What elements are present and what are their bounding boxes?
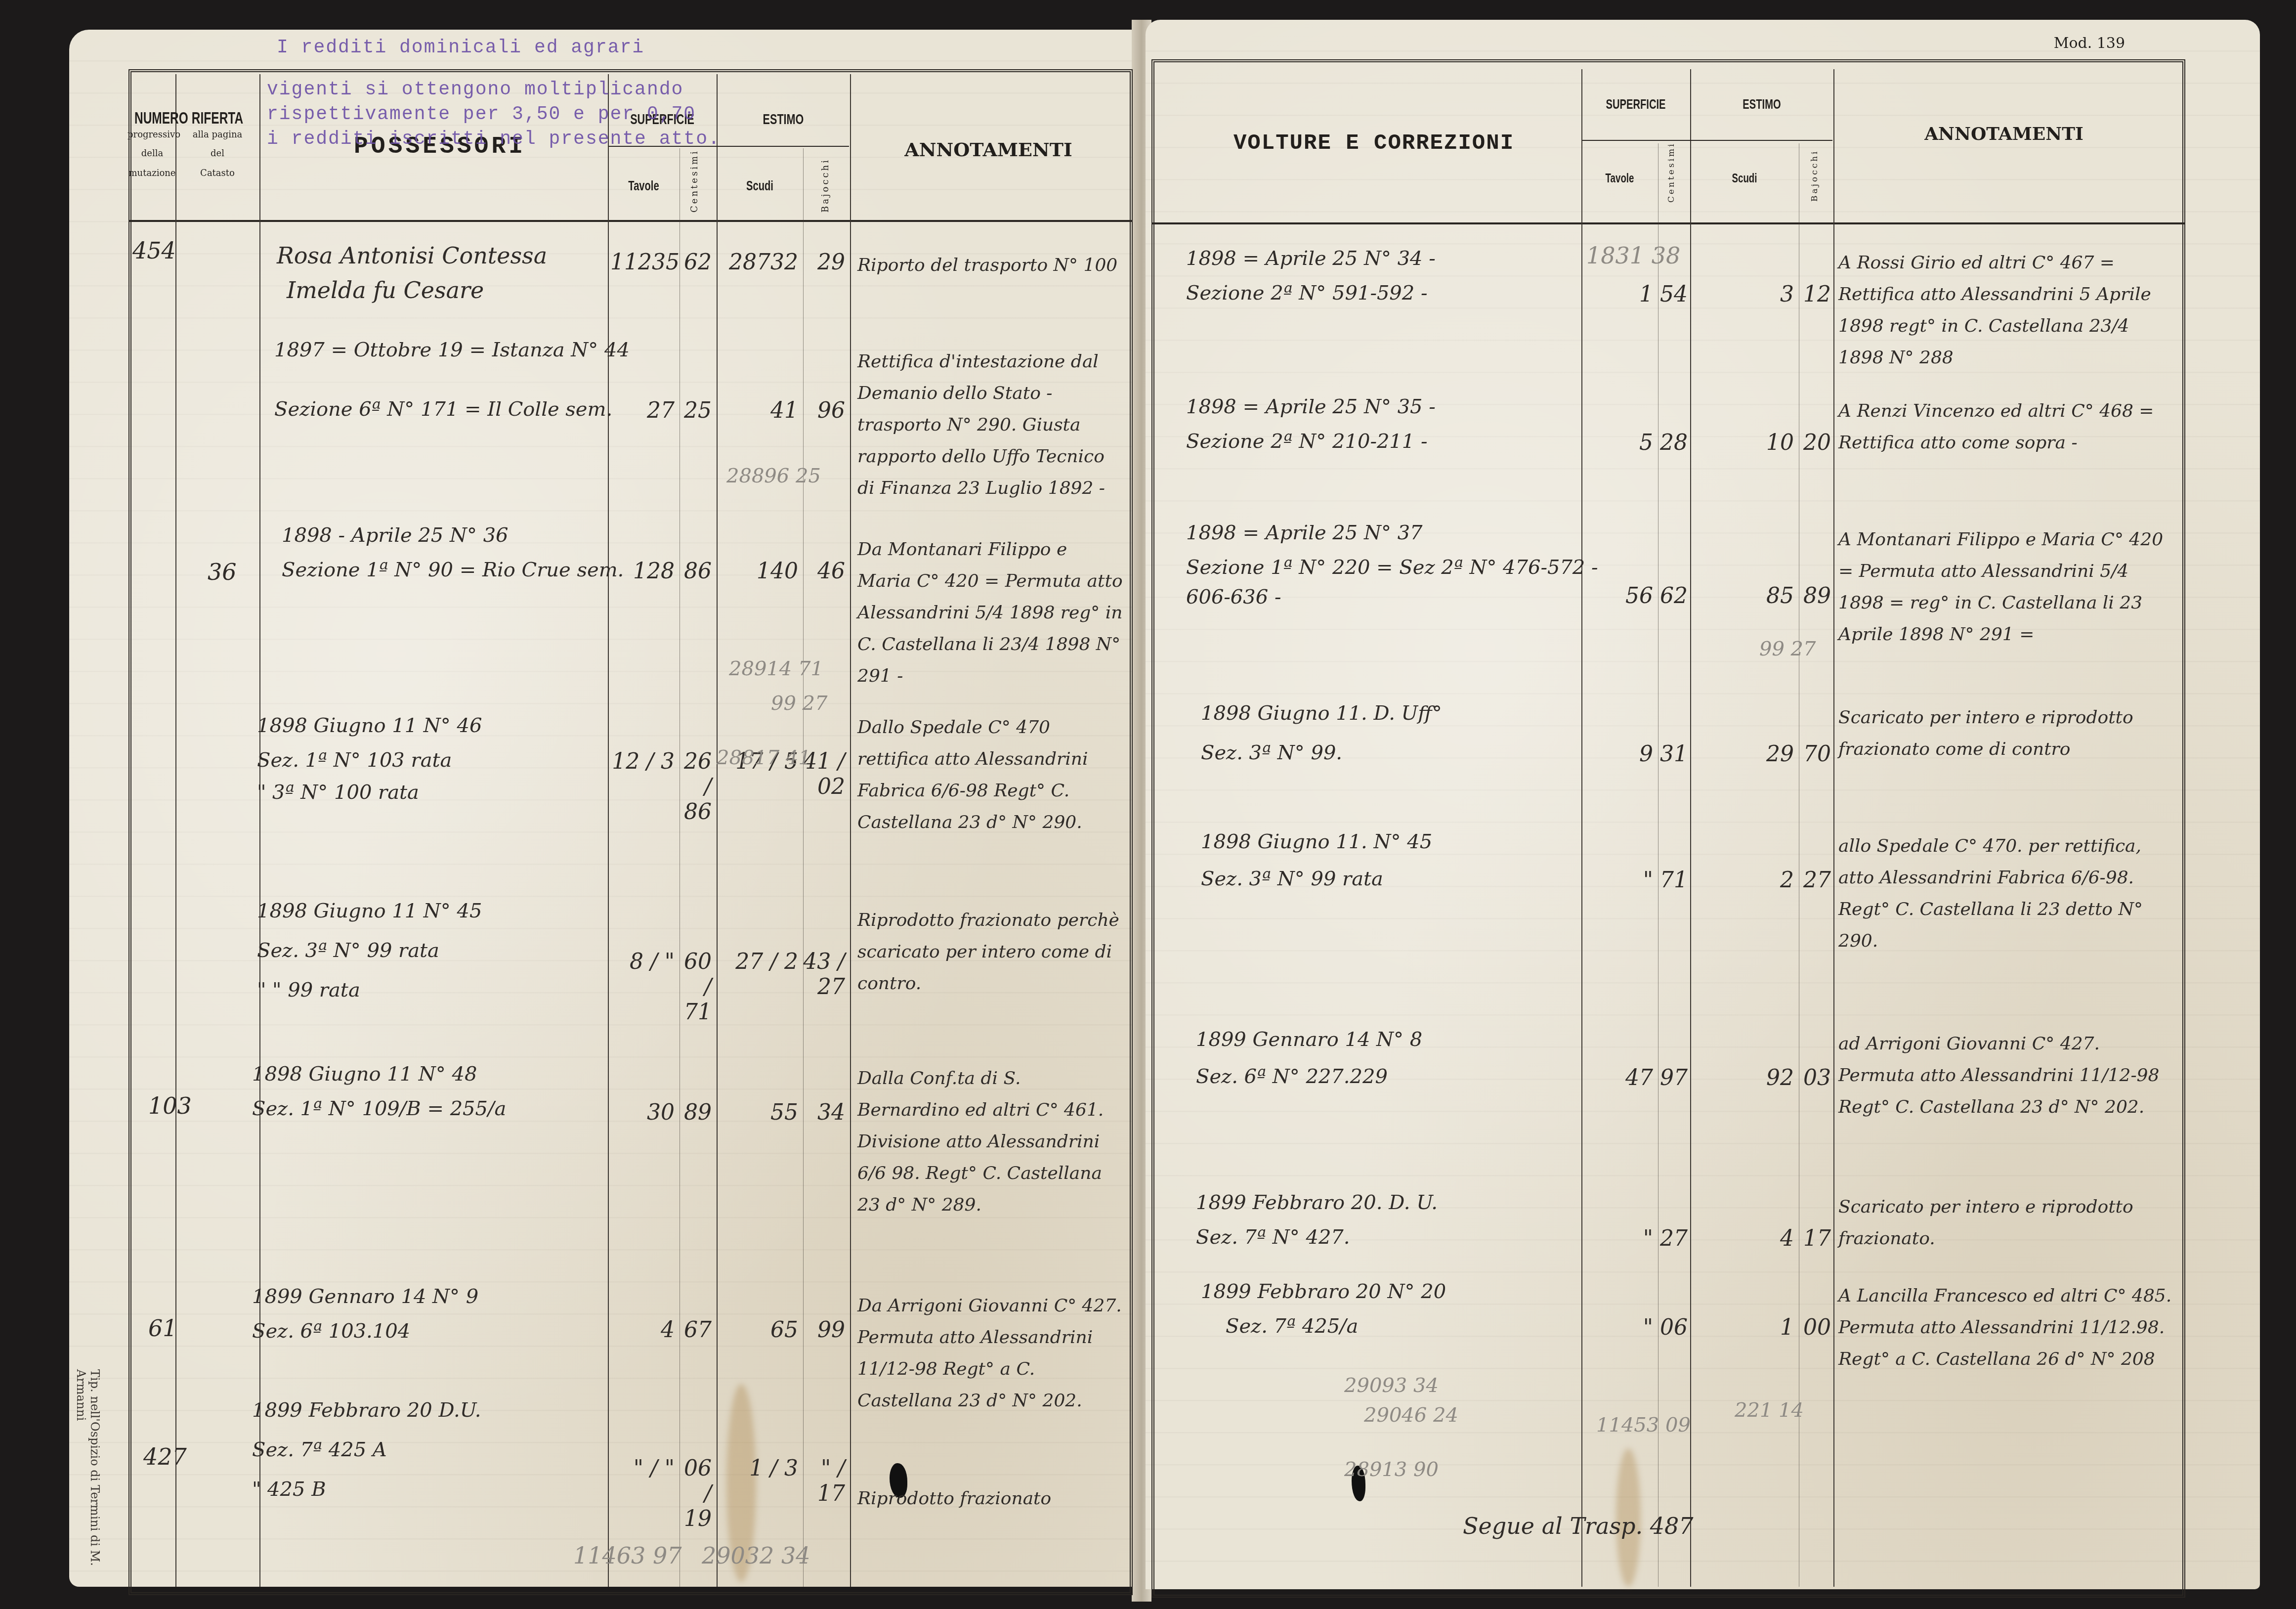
entry-scudi: 41 <box>719 398 798 423</box>
entry-possessore: 1897 = Ottobre 19 = Istanza N° 44 <box>274 339 630 361</box>
entry-centesimi: 26 / 86 <box>680 749 712 825</box>
entry-annotamento: Rettifica d'intestazione dal Demanio del… <box>857 346 1124 504</box>
entry-scudi: 2 <box>1693 868 1794 893</box>
header-riferta-sub: alla pagina <box>175 130 259 140</box>
entry-possessore: 1899 Gennaro 14 N° 9 <box>252 1285 478 1308</box>
stamp-line: I redditi dominicali ed agrari <box>277 37 644 58</box>
entry-scudi: 4 <box>1693 1226 1794 1251</box>
entry-tavole: " / " <box>610 1456 675 1481</box>
entry-tavole: 47 <box>1584 1065 1653 1090</box>
pencil-total: 221 14 <box>1735 1399 1804 1422</box>
entry-bajocchi: 34 <box>803 1100 845 1125</box>
entry-voltura: Sez. 7ª 425/a <box>1226 1315 1358 1338</box>
entry-bajocchi: " / 17 <box>803 1456 845 1506</box>
stamp-line: i redditi iscritti nel presente atto. <box>267 129 721 150</box>
header-bajocchi: Bajocchi <box>820 158 831 213</box>
entry-annotamento: Dalla Conf.ta di S. Bernardino ed altri … <box>857 1063 1124 1221</box>
entry-tavole: 30 <box>610 1100 675 1125</box>
header-numero: NUMERO <box>134 109 170 128</box>
entry-scudi: 3 <box>1693 282 1794 307</box>
entry-annotamento: Scaricato per intero e riprodotto frazio… <box>1838 702 2174 765</box>
entry-scudi: 85 <box>1693 583 1794 609</box>
entry-scudi: 55 <box>719 1100 798 1125</box>
entry-tavole: 8 / " <box>610 949 675 974</box>
pencil-note: 99 27 <box>771 692 828 715</box>
entry-scudi: 27 / 2 <box>719 949 798 974</box>
entry-voltura: 1898 = Aprile 25 N° 37 <box>1186 522 1423 544</box>
entry-annotamento: Riprodotto frazionato perchè scaricato p… <box>857 905 1124 1000</box>
entry-voltura: Sez. 3ª N° 99 rata <box>1201 868 1383 890</box>
col-line <box>175 74 176 1587</box>
left-header-divider <box>128 220 1132 222</box>
pencil-note: 28914 71 <box>729 657 823 680</box>
entry-annotamento: A Rossi Girio ed altri C° 467 = Rettific… <box>1838 247 2174 374</box>
header-estimo: ESTIMO <box>735 111 831 128</box>
col-line <box>850 74 851 1587</box>
entry-scudi: 1 / 3 <box>719 1456 798 1481</box>
entry-scudi: 10 <box>1693 430 1794 455</box>
entry-annotamento: A Montanari Filippo e Maria C° 420 = Per… <box>1838 524 2174 651</box>
entry-tavole: 11235 <box>610 250 675 275</box>
entry-riferta: 36 <box>208 559 237 585</box>
header-bajocchi: Bajocchi <box>1810 148 1820 203</box>
entry-centesimi: 67 <box>680 1317 712 1343</box>
entry-annotamento: Scaricato per intero e riprodotto frazio… <box>1838 1191 2174 1255</box>
entry-possessore: Imelda fu Cesare <box>287 277 484 304</box>
entry-scudi: 65 <box>719 1317 798 1343</box>
col-line <box>803 148 804 1587</box>
header-numero-sub: mutazione <box>128 168 177 178</box>
col-line <box>680 148 680 1587</box>
header-numero-sub: progressivo <box>128 130 177 140</box>
entry-voltura: Sez. 7ª N° 427. <box>1196 1226 1350 1249</box>
entry-possessore: 1899 Febbraro 20 D.U. <box>252 1399 481 1422</box>
entry-possessore: " 425 B <box>252 1478 326 1501</box>
entry-centesimi: 27 <box>1658 1226 1688 1251</box>
entry-bajocchi: 96 <box>803 398 845 423</box>
entry-numero: 454 <box>132 237 176 264</box>
pencil-total: 11453 09 <box>1596 1414 1691 1436</box>
entry-possessore: Rosa Antonisi Contessa <box>277 242 547 269</box>
pencil-total: 29093 34 <box>1344 1374 1439 1397</box>
entry-annotamento: Riprodotto frazionato <box>857 1483 1124 1515</box>
entry-centesimi: 71 <box>1658 868 1688 893</box>
entry-riferta: 427 <box>143 1443 187 1470</box>
header-annotamenti: ANNOTAMENTI <box>850 138 1127 161</box>
entry-tavole: " <box>1584 1226 1653 1251</box>
entry-tavole: 27 <box>610 398 675 423</box>
printer-imprint: Tip. nell'Ospizio di Termini di M. Arman… <box>74 1369 102 1609</box>
header-riferta-sub: Catasto <box>175 168 259 178</box>
entry-tavole: 1 <box>1584 282 1653 307</box>
right-header-divider <box>1151 222 2184 224</box>
header-centesimi: Centesimi <box>689 158 700 213</box>
footer-note: Segue al Trasp. 487 <box>1463 1513 1694 1539</box>
entry-tavole: 56 <box>1584 583 1653 609</box>
entry-possessore: " " 99 rata <box>257 979 360 1001</box>
entry-tavole: " <box>1584 1315 1653 1340</box>
entry-bajocchi: 12 <box>1799 282 1831 307</box>
entry-possessore: Sezione 6ª N° 171 = Il Colle sem. <box>274 398 612 421</box>
entry-voltura: 1899 Gennaro 14 N° 8 <box>1196 1028 1422 1051</box>
form-code: Mod. 139 <box>2001 35 2125 52</box>
entry-centesimi: 28 <box>1658 430 1688 455</box>
entry-tavole: 9 <box>1584 741 1653 767</box>
stamp-line: rispettivamente per 3,50 e per 0,70 <box>267 104 696 125</box>
entry-possessore: 1898 Giugno 11 N° 45 <box>257 900 482 922</box>
entry-riferta: 103 <box>148 1092 192 1119</box>
entry-annotamento: A Renzi Vincenzo ed altri C° 468 = Retti… <box>1838 395 2174 459</box>
entry-voltura: Sezione 2ª N° 591-592 - <box>1186 282 1428 304</box>
entry-voltura: 1899 Febbraro 20 N° 20 <box>1201 1280 1446 1303</box>
header-estimo: ESTIMO <box>1710 96 1814 112</box>
entry-bajocchi: 70 <box>1799 741 1831 767</box>
entry-bajocchi: 17 <box>1799 1226 1831 1251</box>
entry-voltura: 606-636 - <box>1186 586 1281 609</box>
entry-voltura: Sez. 3ª N° 99. <box>1201 741 1342 764</box>
entry-centesimi: 62 <box>1658 583 1688 609</box>
entry-centesimi: 60 / 71 <box>680 949 712 1025</box>
entry-tavole: " <box>1584 868 1653 893</box>
header-riferta-sub: del <box>175 148 259 159</box>
entry-possessore: 1898 - Aprile 25 N° 36 <box>282 524 509 547</box>
col-line <box>1658 143 1658 1587</box>
entry-voltura: 1898 = Aprile 25 N° 34 - <box>1186 247 1436 270</box>
entry-riferta: 61 <box>148 1315 177 1342</box>
entry-bajocchi: 43 / 27 <box>803 949 845 1000</box>
entry-annotamento: ad Arrigoni Giovanni C° 427. Permuta att… <box>1838 1028 2174 1123</box>
entry-possessore: Sez. 1ª N° 103 rata <box>257 749 452 772</box>
entry-possessore: Sezione 1ª N° 90 = Rio Crue sem. <box>282 559 624 581</box>
col-line <box>259 74 260 1587</box>
entry-scudi: 140 <box>719 559 798 584</box>
entry-tavole: 4 <box>610 1317 675 1343</box>
pencil-note: 99 27 <box>1759 638 1816 660</box>
header-tavole: Tavole <box>1592 171 1648 186</box>
entry-voltura: 1898 Giugno 11. D. Uff° <box>1201 702 1442 725</box>
header-annotamenti: ANNOTAMENTI <box>1833 124 2174 144</box>
entry-annotamento: A Lancilla Francesco ed altri C° 485. Pe… <box>1838 1280 2174 1375</box>
entry-centesimi: 62 <box>680 250 712 275</box>
entry-bajocchi: 99 <box>803 1317 845 1343</box>
entry-possessore: " 3ª N° 100 rata <box>257 781 419 804</box>
entry-bajocchi: 89 <box>1799 583 1831 609</box>
entry-scudi: 29 <box>1693 741 1794 767</box>
entry-tavole: 5 <box>1584 430 1653 455</box>
entry-centesimi: 25 <box>680 398 712 423</box>
entry-bajocchi: 20 <box>1799 430 1831 455</box>
entry-voltura: 1898 = Aprile 25 N° 35 - <box>1186 395 1436 418</box>
entry-scudi: 1 <box>1693 1315 1794 1340</box>
entry-bajocchi: 29 <box>803 250 845 275</box>
entry-bajocchi: 27 <box>1799 868 1831 893</box>
pencil-note: 28817 41 <box>717 746 811 769</box>
entry-centesimi: 97 <box>1658 1065 1688 1090</box>
entry-possessore: Sez. 6ª 103.104 <box>252 1320 410 1343</box>
header-scudi: Scudi <box>729 178 791 194</box>
header-scudi: Scudi <box>1705 171 1784 186</box>
entry-centesimi: 06 <box>1658 1315 1688 1340</box>
col-line <box>1581 69 1582 1587</box>
entry-possessore: Sez. 7ª 425 A <box>252 1438 387 1461</box>
entry-centesimi: 54 <box>1658 282 1688 307</box>
entry-voltura: 1899 Febbraro 20. D. U. <box>1196 1191 1438 1214</box>
entry-scudi: 92 <box>1693 1065 1794 1090</box>
entry-possessore: 1898 Giugno 11 N° 46 <box>257 714 482 737</box>
subheader-line <box>1582 140 1832 141</box>
header-numero-sub: della <box>128 148 177 159</box>
pencil-total: 29032 34 <box>702 1542 810 1569</box>
entry-bajocchi: 03 <box>1799 1065 1831 1090</box>
entry-scudi: 28732 <box>719 250 798 275</box>
entry-tavole: 128 <box>610 559 675 584</box>
pencil-note: 1831 38 <box>1586 242 1680 269</box>
header-superficie: SUPERFICIE <box>1597 96 1675 112</box>
entry-bajocchi: 46 <box>803 559 845 584</box>
pencil-total: 29046 24 <box>1364 1404 1458 1427</box>
entry-voltura: Sezione 1ª N° 220 = Sez 2ª N° 476-572 - <box>1186 556 1598 579</box>
col-line <box>608 74 609 1587</box>
col-line <box>1799 143 1799 1587</box>
header-tavole: Tavole <box>618 178 669 194</box>
entry-voltura: 1898 Giugno 11. N° 45 <box>1201 830 1432 853</box>
header-volture: VOLTURE E CORREZIONI <box>1181 131 1567 156</box>
pencil-total: 28913 90 <box>1344 1458 1439 1481</box>
entry-tavole: 12 / 3 <box>610 749 675 774</box>
entry-voltura: Sez. 6ª N° 227.229 <box>1196 1065 1388 1088</box>
entry-centesimi: 89 <box>680 1100 712 1125</box>
entry-possessore: 1898 Giugno 11 N° 48 <box>252 1063 477 1086</box>
entry-annotamento: Dallo Spedale C° 470 rettifica atto Ales… <box>857 712 1124 838</box>
header-centesimi: Centesimi <box>1666 148 1676 203</box>
entry-annotamento: allo Spedale C° 470. per rettifica, atto… <box>1838 830 2174 957</box>
entry-bajocchi: 00 <box>1799 1315 1831 1340</box>
entry-possessore: Sez. 1ª N° 109/B = 255/a <box>252 1097 506 1120</box>
entry-annotamento: Riporto del trasporto N° 100 <box>857 250 1124 281</box>
stamp-line: vigenti si ottengono moltiplicando <box>267 79 683 100</box>
entry-annotamento: Da Arrigoni Giovanni C° 427. Permuta att… <box>857 1290 1124 1417</box>
entry-possessore: Sez. 3ª N° 99 rata <box>257 939 439 962</box>
entry-centesimi: 31 <box>1658 741 1688 767</box>
col-line <box>1833 69 1834 1587</box>
pencil-note: 28896 25 <box>726 465 821 487</box>
entry-centesimi: 06 / 19 <box>680 1456 712 1531</box>
header-riferta: RIFERTA <box>187 109 248 128</box>
col-line <box>1690 69 1691 1587</box>
pencil-total: 11463 97 <box>573 1542 682 1569</box>
col-line <box>717 74 718 1587</box>
entry-centesimi: 86 <box>680 559 712 584</box>
entry-annotamento: Da Montanari Filippo e Maria C° 420 = Pe… <box>857 534 1124 692</box>
entry-voltura: Sezione 2ª N° 210-211 - <box>1186 430 1428 453</box>
